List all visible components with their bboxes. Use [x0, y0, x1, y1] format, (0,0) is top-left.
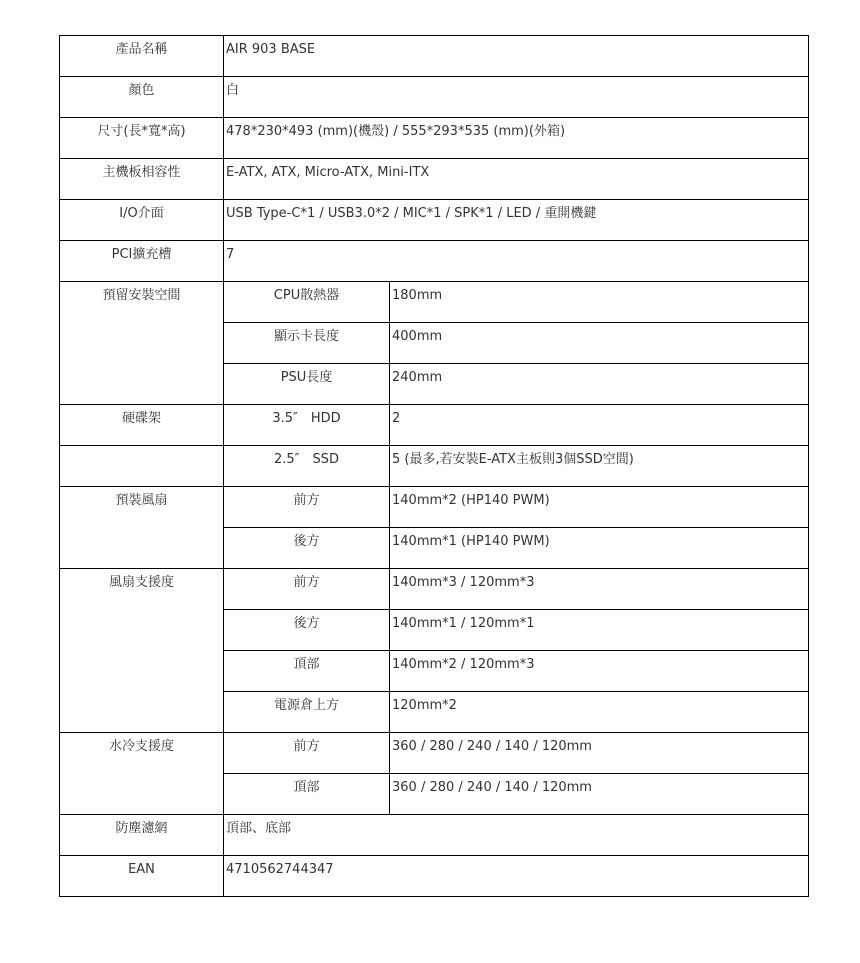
spec-sublabel: CPU散熱器 — [224, 282, 390, 323]
spec-row-radiator-front: 水冷支援度 前方 360 / 280 / 240 / 140 / 120mm — [60, 733, 809, 774]
spec-label: 產品名稱 — [60, 36, 224, 77]
spec-value: AIR 903 BASE — [224, 36, 809, 77]
spec-label: EAN — [60, 856, 224, 897]
spec-row-motherboard: 主機板相容性 E-ATX, ATX, Micro-ATX, Mini-ITX — [60, 159, 809, 200]
spec-value: 240mm — [390, 364, 809, 405]
spec-sublabel: 頂部 — [224, 774, 390, 815]
spec-value: 140mm*2 / 120mm*3 — [390, 651, 809, 692]
spec-sublabel: 3.5″ HDD — [224, 405, 390, 446]
spec-value: 頂部、底部 — [224, 815, 809, 856]
spec-value: 140mm*3 / 120mm*3 — [390, 569, 809, 610]
spec-label: 預裝風扇 — [60, 487, 224, 569]
spec-sublabel: PSU長度 — [224, 364, 390, 405]
spec-row-color: 顏色 白 — [60, 77, 809, 118]
spec-value: 2 — [390, 405, 809, 446]
spec-value: 180mm — [390, 282, 809, 323]
spec-label: I/O介面 — [60, 200, 224, 241]
spec-label: PCI擴充槽 — [60, 241, 224, 282]
spec-value: 7 — [224, 241, 809, 282]
spec-value: 140mm*1 / 120mm*1 — [390, 610, 809, 651]
spec-value: 478*230*493 (mm)(機殼) / 555*293*535 (mm)(… — [224, 118, 809, 159]
spec-label: 顏色 — [60, 77, 224, 118]
spec-label: 風扇支援度 — [60, 569, 224, 733]
spec-value: E-ATX, ATX, Micro-ATX, Mini-ITX — [224, 159, 809, 200]
spec-value: 360 / 280 / 240 / 140 / 120mm — [390, 733, 809, 774]
spec-sublabel: 顯示卡長度 — [224, 323, 390, 364]
spec-row-product-name: 產品名稱 AIR 903 BASE — [60, 36, 809, 77]
spec-value: USB Type-C*1 / USB3.0*2 / MIC*1 / SPK*1 … — [224, 200, 809, 241]
spec-value: 360 / 280 / 240 / 140 / 120mm — [390, 774, 809, 815]
spec-sublabel: 電源倉上方 — [224, 692, 390, 733]
spec-sublabel: 後方 — [224, 528, 390, 569]
spec-row-io: I/O介面 USB Type-C*1 / USB3.0*2 / MIC*1 / … — [60, 200, 809, 241]
spec-label: 防塵濾網 — [60, 815, 224, 856]
spec-sublabel: 前方 — [224, 487, 390, 528]
spec-row-dust-filter: 防塵濾網 頂部、底部 — [60, 815, 809, 856]
spec-value: 140mm*1 (HP140 PWM) — [390, 528, 809, 569]
spec-label: 硬碟架 — [60, 405, 224, 446]
spec-sublabel: 前方 — [224, 733, 390, 774]
spec-row-fansupport-front: 風扇支援度 前方 140mm*3 / 120mm*3 — [60, 569, 809, 610]
spec-value: 120mm*2 — [390, 692, 809, 733]
spec-value: 5 (最多,若安裝E-ATX主板則3個SSD空間) — [390, 446, 809, 487]
product-spec-table: 產品名稱 AIR 903 BASE 顏色 白 尺寸(長*寬*高) 478*230… — [59, 35, 809, 897]
spec-value: 4710562744347 — [224, 856, 809, 897]
spec-sublabel: 前方 — [224, 569, 390, 610]
spec-sublabel: 頂部 — [224, 651, 390, 692]
spec-sublabel: 2.5″ SSD — [224, 446, 390, 487]
spec-value: 140mm*2 (HP140 PWM) — [390, 487, 809, 528]
spec-row-pci-slots: PCI擴充槽 7 — [60, 241, 809, 282]
spec-value: 400mm — [390, 323, 809, 364]
spec-sublabel: 後方 — [224, 610, 390, 651]
spec-label: 主機板相容性 — [60, 159, 224, 200]
spec-label-empty — [60, 446, 224, 487]
spec-row-clearance-cpu: 預留安裝空間 CPU散熱器 180mm — [60, 282, 809, 323]
spec-label: 水冷支援度 — [60, 733, 224, 815]
spec-row-drive-hdd: 硬碟架 3.5″ HDD 2 — [60, 405, 809, 446]
spec-label: 預留安裝空間 — [60, 282, 224, 405]
spec-row-ean: EAN 4710562744347 — [60, 856, 809, 897]
spec-value: 白 — [224, 77, 809, 118]
spec-label: 尺寸(長*寬*高) — [60, 118, 224, 159]
spec-row-drive-ssd: 2.5″ SSD 5 (最多,若安裝E-ATX主板則3個SSD空間) — [60, 446, 809, 487]
spec-row-prefan-front: 預裝風扇 前方 140mm*2 (HP140 PWM) — [60, 487, 809, 528]
spec-row-dimensions: 尺寸(長*寬*高) 478*230*493 (mm)(機殼) / 555*293… — [60, 118, 809, 159]
